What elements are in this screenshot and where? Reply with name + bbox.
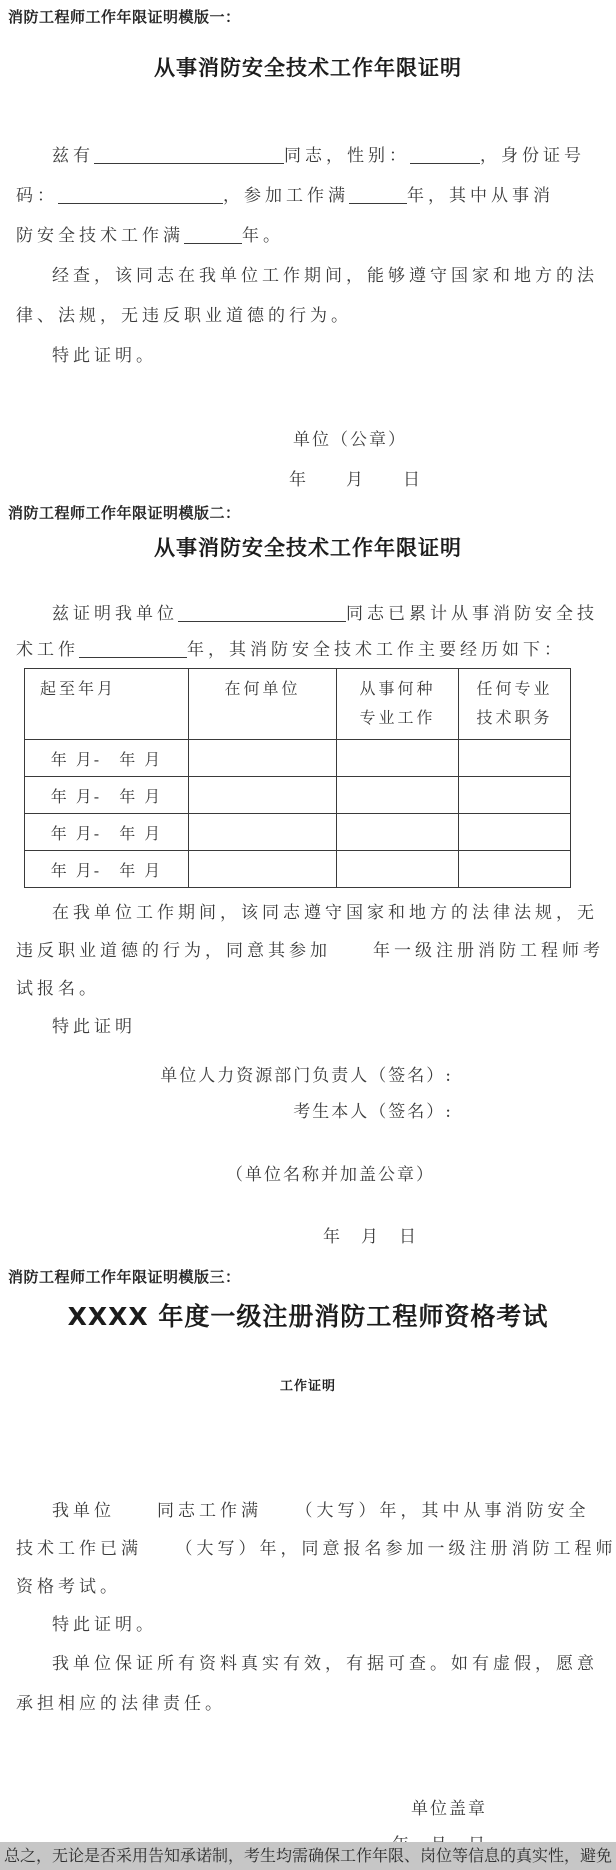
template3-seal-line: 单位盖章 <box>0 1794 616 1824</box>
header-line: 任何专业 <box>460 674 569 703</box>
template1-label: 消防工程师工作年限证明模版一： <box>0 6 616 28</box>
period-cell: 年 月- 年 月 <box>25 851 189 888</box>
template3-label: 消防工程师工作年限证明模版三： <box>0 1266 616 1288</box>
blank-underline <box>58 187 223 204</box>
template2-hr-sign-line: 单位人力资源部门负责人（签名）: <box>0 1058 616 1094</box>
template2-date-line: 年 月 日 <box>0 1222 616 1252</box>
header-line: 从事何种 <box>338 674 457 703</box>
table-cell-empty <box>459 740 571 777</box>
table-cell-empty <box>337 851 459 888</box>
paragraph-line: 在我单位工作期间，该同志遵守国家和地方的法律法规，无 <box>16 894 604 932</box>
text-segment: 年，其中从事消 <box>407 186 554 206</box>
paragraph-line: 防安全技术工作满年。 <box>16 216 604 256</box>
text-segment: 年。 <box>242 226 284 246</box>
document-page: 消防工程师工作年限证明模版一： 从事消防安全技术工作年限证明 兹有同志，性别：，… <box>0 0 616 1870</box>
table-cell-empty <box>189 740 337 777</box>
table-row: 年 月- 年 月 <box>25 740 571 777</box>
table-row: 年 月- 年 月 <box>25 814 571 851</box>
period-cell: 年 月- 年 月 <box>25 814 189 851</box>
table-cell-empty <box>459 814 571 851</box>
template1-seal-line: 单位（公章） <box>0 420 616 460</box>
period-cell: 年 月- 年 月 <box>25 777 189 814</box>
paragraph-line: 码：，参加工作满年，其中从事消 <box>16 176 604 216</box>
text-segment: ，参加工作满 <box>223 186 349 206</box>
header-line: 起至年月 <box>40 674 187 703</box>
template1-title: 从事消防安全技术工作年限证明 <box>0 54 616 82</box>
paragraph-line: 违反职业道德的行为，同意其参加 年一级注册消防工程师考 <box>16 932 604 970</box>
blank-underline <box>94 147 284 164</box>
template2-body: 在我单位工作期间，该同志遵守国家和地方的法律法规，无 违反职业道德的行为，同意其… <box>0 894 616 1046</box>
table-header-row: 起至年月 在何单位 从事何种专业工作 任何专业技术职务 <box>25 669 571 740</box>
table-cell-empty <box>189 851 337 888</box>
template2-intro: 兹证明我单位同志已累计从事消防安全技 术工作年，其消防安全技术工作主要经历如下： <box>0 596 616 668</box>
table-cell-empty <box>189 814 337 851</box>
footer-note-bar: 总之，无论是否采用告知承诺制，考生均需确保工作年限、岗位等信息的真实性，避免 <box>0 1842 616 1870</box>
paragraph-line: 资格考试。 <box>16 1568 604 1606</box>
text-segment: 同志已累计从事消防安全技 <box>346 604 598 624</box>
paragraph-line: 试报名。 <box>16 970 604 1008</box>
paragraph-line: 我单位保证所有资料真实有效，有据可查。如有虚假，愿意 <box>16 1644 604 1684</box>
template1-body: 兹有同志，性别：，身份证号 码：，参加工作满年，其中从事消 防安全技术工作满年。… <box>0 136 616 376</box>
header-cell-work-type: 从事何种专业工作 <box>337 669 459 740</box>
text-segment: 同志，性别： <box>284 146 410 166</box>
template2-label: 消防工程师工作年限证明模版二： <box>0 502 616 524</box>
template2-seal-note: （单位名称并加盖公章） <box>0 1160 616 1190</box>
blank-underline <box>79 641 187 658</box>
table-cell-empty <box>337 777 459 814</box>
table-cell-empty <box>189 777 337 814</box>
template3-subtitle: 工作证明 <box>0 1378 616 1396</box>
paragraph-line: 律、法规，无违反职业道德的行为。 <box>16 296 604 336</box>
table-cell-empty <box>459 851 571 888</box>
paragraph-line: 经查，该同志在我单位工作期间，能够遵守国家和地方的法 <box>16 256 604 296</box>
table-cell-empty <box>337 740 459 777</box>
table-cell-empty <box>337 814 459 851</box>
template2-candidate-sign-line: 考生本人（签名）: <box>0 1094 616 1130</box>
paragraph-line: 术工作年，其消防安全技术工作主要经历如下： <box>16 632 604 668</box>
blank-underline <box>184 227 242 244</box>
text-segment: 术工作 <box>16 640 79 660</box>
blank-underline <box>349 187 407 204</box>
text-segment: 年，其消防安全技术工作主要经历如下： <box>187 640 565 660</box>
table-row: 年 月- 年 月 <box>25 777 571 814</box>
text-segment: ，身份证号 <box>480 146 585 166</box>
paragraph-line: 特此证明 <box>16 1008 604 1046</box>
text-segment: 兹证明我单位 <box>52 604 178 624</box>
template3-title: XXXX 年度一级注册消防工程师资格考试 <box>0 1300 616 1334</box>
template1-date-line: 年 月 日 <box>0 460 616 500</box>
paragraph-line: 我单位 同志工作满 （大写）年，其中从事消防安全 <box>16 1492 604 1530</box>
blank-underline <box>410 147 480 164</box>
table-cell-empty <box>459 777 571 814</box>
header-line: 在何单位 <box>190 674 335 703</box>
paragraph-line: 技术工作已满 （大写）年，同意报名参加一级注册消防工程师 <box>16 1530 604 1568</box>
paragraph-line: 承担相应的法律责任。 <box>16 1684 604 1724</box>
table-row: 年 月- 年 月 <box>25 851 571 888</box>
period-cell: 年 月- 年 月 <box>25 740 189 777</box>
paragraph-line: 特此证明。 <box>16 1606 604 1644</box>
text-segment: 防安全技术工作满 <box>16 226 184 246</box>
work-history-table: 起至年月 在何单位 从事何种专业工作 任何专业技术职务 年 月- 年 月 年 月… <box>24 668 571 888</box>
paragraph-line: 兹有同志，性别：，身份证号 <box>16 136 604 176</box>
header-cell-employer: 在何单位 <box>189 669 337 740</box>
header-cell-position: 任何专业技术职务 <box>459 669 571 740</box>
header-line: 技术职务 <box>460 703 569 732</box>
header-cell-period: 起至年月 <box>25 669 189 740</box>
paragraph-line: 特此证明。 <box>16 336 604 376</box>
header-line: 专业工作 <box>338 703 457 732</box>
template2-title: 从事消防安全技术工作年限证明 <box>0 534 616 562</box>
template3-body: 我单位 同志工作满 （大写）年，其中从事消防安全 技术工作已满 （大写）年，同意… <box>0 1492 616 1724</box>
text-segment: 码： <box>16 186 58 206</box>
paragraph-line: 兹证明我单位同志已累计从事消防安全技 <box>16 596 604 632</box>
blank-underline <box>178 605 346 622</box>
text-segment: 兹有 <box>52 146 94 166</box>
